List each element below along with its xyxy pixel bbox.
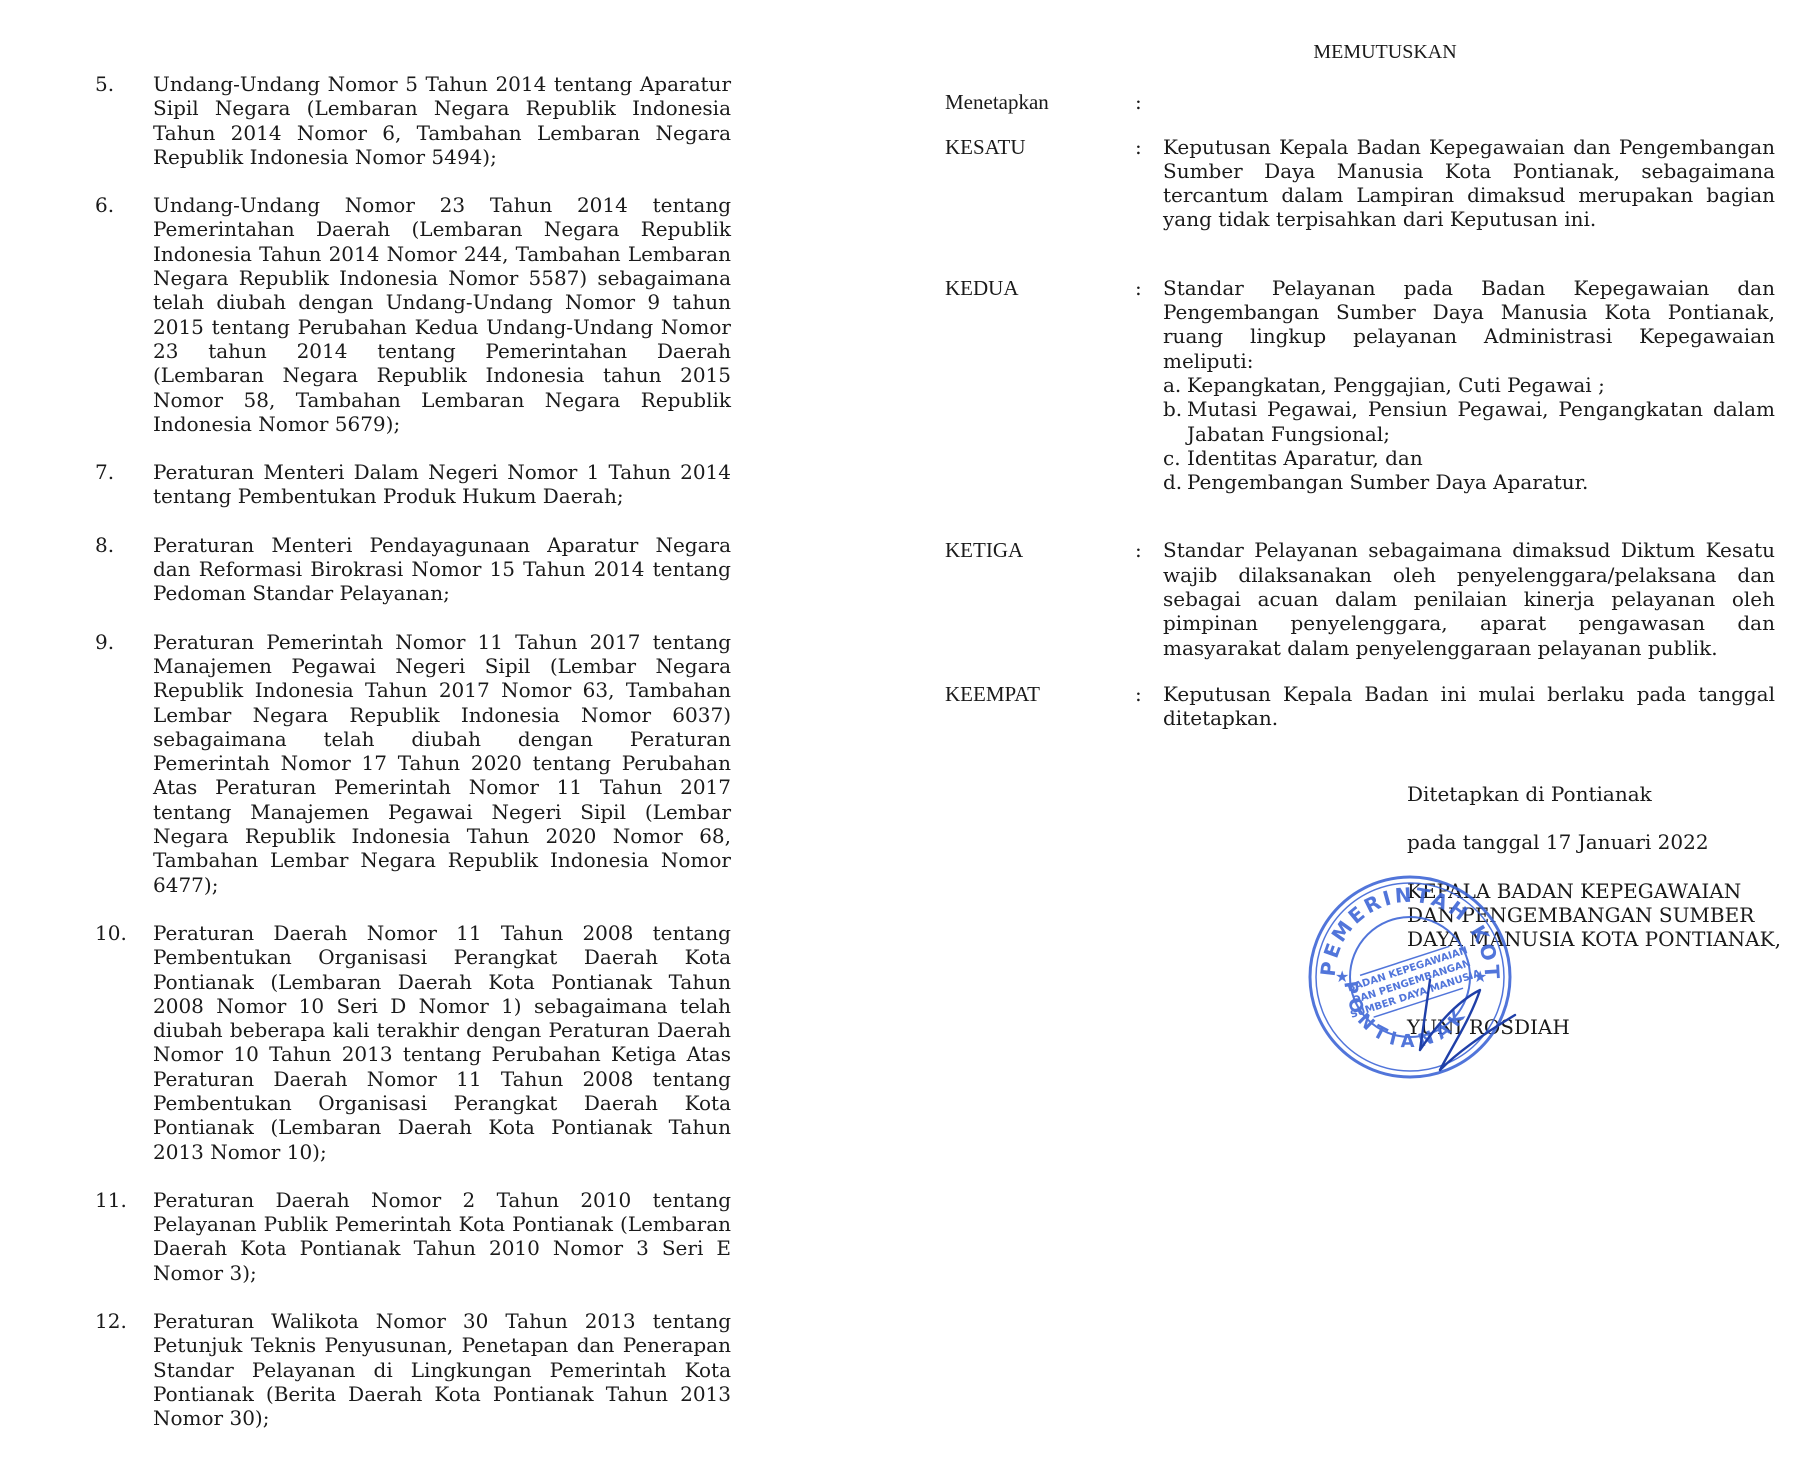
reference-item: 10. Peraturan Daerah Nomor 11 Tahun 2008… <box>95 921 731 1164</box>
reference-item: 9. Peraturan Pemerintah Nomor 11 Tahun 2… <box>95 630 731 897</box>
decision-colon: : <box>1135 682 1163 731</box>
decision-label: KEEMPAT <box>945 682 1135 731</box>
decision-kesatu: KESATU : Keputusan Kepala Badan Kepegawa… <box>945 135 1775 232</box>
decision-text: Keputusan Kepala Badan ini mulai berlaku… <box>1163 682 1775 731</box>
list-item: a.Kepangkatan, Penggajian, Cuti Pegawai … <box>1163 373 1775 397</box>
service-scope-list: a.Kepangkatan, Penggajian, Cuti Pegawai … <box>1163 373 1775 494</box>
decision-keempat: KEEMPAT : Keputusan Kepala Badan ini mul… <box>945 682 1775 731</box>
decision-section: MEMUTUSKAN Menetapkan : KESATU : Keputus… <box>945 40 1775 731</box>
reference-number: 9. <box>95 630 153 897</box>
reference-item: 7. Peraturan Menteri Dalam Negeri Nomor … <box>95 460 731 509</box>
decision-text: Standar Pelayanan pada Badan Kepegawaian… <box>1163 276 1775 373</box>
reference-text: Peraturan Daerah Nomor 2 Tahun 2010 tent… <box>153 1188 731 1285</box>
reference-item: 6. Undang-Undang Nomor 23 Tahun 2014 ten… <box>95 193 731 436</box>
decision-label: KESATU <box>945 135 1135 232</box>
decision-colon: : <box>1135 538 1163 659</box>
decision-heading: MEMUTUSKAN <box>945 40 1800 64</box>
decision-label: KEDUA <box>945 276 1135 495</box>
reference-text: Undang-Undang Nomor 5 Tahun 2014 tentang… <box>153 72 731 169</box>
reference-text: Peraturan Pemerintah Nomor 11 Tahun 2017… <box>153 630 731 897</box>
reference-number: 11. <box>95 1188 153 1285</box>
reference-number: 12. <box>95 1309 153 1430</box>
reference-number: 5. <box>95 72 153 169</box>
menetapkan-label: Menetapkan <box>945 90 1135 114</box>
decision-colon: : <box>1135 276 1163 495</box>
reference-text: Peraturan Menteri Pendayagunaan Aparatur… <box>153 533 731 606</box>
reference-text: Undang-Undang Nomor 23 Tahun 2014 tentan… <box>153 193 731 436</box>
decision-kedua: KEDUA : Standar Pelayanan pada Badan Kep… <box>945 276 1775 495</box>
list-item: c.Identitas Aparatur, dan <box>1163 446 1775 470</box>
decision-label: KETIGA <box>945 538 1135 659</box>
reference-item: 12. Peraturan Walikota Nomor 30 Tahun 20… <box>95 1309 731 1430</box>
signing-place: Ditetapkan di Pontianak <box>1407 782 1800 806</box>
reference-number: 10. <box>95 921 153 1164</box>
list-item: b.Mutasi Pegawai, Pensiun Pegawai, Penga… <box>1163 397 1775 446</box>
menetapkan-colon: : <box>1135 90 1163 114</box>
decision-text: Standar Pelayanan sebagaimana dimaksud D… <box>1163 538 1775 659</box>
reference-item: 8. Peraturan Menteri Pendayagunaan Apara… <box>95 533 731 606</box>
reference-text: Peraturan Walikota Nomor 30 Tahun 2013 t… <box>153 1309 731 1430</box>
reference-text: Peraturan Daerah Nomor 11 Tahun 2008 ten… <box>153 921 731 1164</box>
reference-item: 5. Undang-Undang Nomor 5 Tahun 2014 tent… <box>95 72 731 169</box>
reference-item: 11. Peraturan Daerah Nomor 2 Tahun 2010 … <box>95 1188 731 1285</box>
list-item: d.Pengembangan Sumber Daya Aparatur. <box>1163 470 1775 494</box>
reference-number: 6. <box>95 193 153 436</box>
decision-colon: : <box>1135 135 1163 232</box>
reference-number: 8. <box>95 533 153 606</box>
legal-references-list: 5. Undang-Undang Nomor 5 Tahun 2014 tent… <box>95 72 731 1455</box>
reference-text: Peraturan Menteri Dalam Negeri Nomor 1 T… <box>153 460 731 509</box>
decision-ketiga: KETIGA : Standar Pelayanan sebagaimana d… <box>945 538 1775 659</box>
handwritten-signature-icon <box>1390 960 1530 1080</box>
menetapkan-row: Menetapkan : <box>945 90 1775 114</box>
decision-text: Keputusan Kepala Badan Kepegawaian dan P… <box>1163 135 1775 232</box>
signing-date: pada tanggal 17 Januari 2022 <box>1407 830 1800 854</box>
reference-number: 7. <box>95 460 153 509</box>
